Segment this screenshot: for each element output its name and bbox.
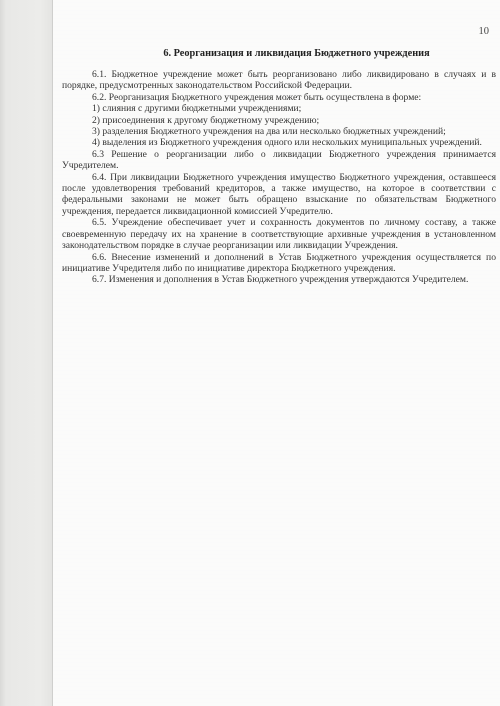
scan-left-margin [0,0,52,706]
paragraph-6-2: 6.2. Реорганизация Бюджетного учреждения… [62,92,496,103]
paragraph-6-7: 6.7. Изменения и дополнения в Устав Бюдж… [62,274,496,285]
paragraph-6-4: 6.4. При ликвидации Бюджетного учреждени… [62,172,496,218]
paragraph-6-5: 6.5. Учреждение обеспечивает учет и сохр… [62,217,496,251]
document-page: 10 6. Реорганизация и ликвидация Бюджетн… [53,0,500,706]
paragraph-6-3: 6.3 Решение о реорганизации либо о ликви… [62,149,496,172]
page-number: 10 [479,26,490,37]
list-item-4: 4) выделения из Бюджетного учреждения од… [62,137,496,148]
section-body: 6.1. Бюджетное учреждение может быть рео… [62,69,496,286]
paragraph-6-1: 6.1. Бюджетное учреждение может быть рео… [62,69,496,92]
list-item-3: 3) разделения Бюджетного учреждения на д… [62,126,496,137]
section-title: 6. Реорганизация и ликвидация Бюджетного… [53,48,500,59]
paragraph-6-6: 6.6. Внесение изменений и дополнений в У… [62,252,496,275]
list-item-2: 2) присоединения к другому бюджетному уч… [62,115,496,126]
list-item-1: 1) слияния с другими бюджетными учрежден… [62,103,496,114]
